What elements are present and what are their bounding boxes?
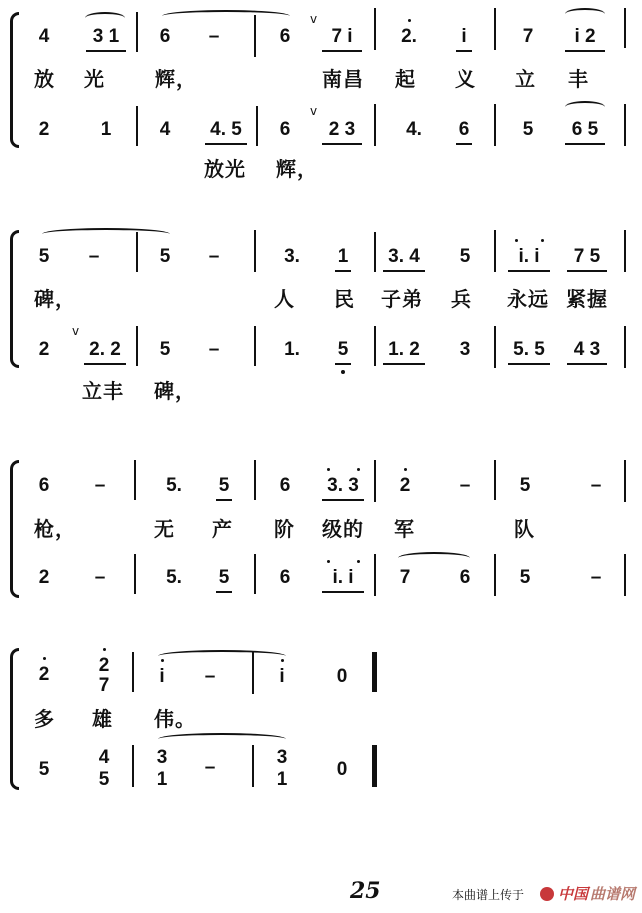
dash: – (84, 247, 104, 267)
slur (158, 733, 286, 745)
dash: – (455, 476, 475, 496)
barline (494, 554, 496, 596)
barline (624, 8, 626, 48)
lyric: 级的 (322, 518, 364, 540)
barline (132, 745, 134, 787)
barline (374, 8, 376, 50)
barline (624, 460, 626, 502)
note-group: i. i (508, 247, 550, 267)
note: 2. (395, 27, 423, 47)
lyric: 子弟 (381, 288, 423, 310)
note: 7 (518, 27, 538, 47)
note: 3 (152, 748, 172, 768)
barline (134, 460, 136, 500)
note: 5 (155, 247, 175, 267)
note: 6 (275, 120, 295, 140)
note: 6 (155, 27, 175, 47)
lyric: 伟。 (154, 708, 196, 730)
note: 6 (275, 27, 295, 47)
dash: – (90, 476, 110, 496)
barline (374, 326, 376, 366)
slur (565, 8, 605, 20)
dash: – (200, 758, 220, 778)
note: 4. (400, 120, 428, 140)
note-group: 3. 3 (322, 476, 364, 496)
barline (494, 8, 496, 50)
note-group: 2 3 (322, 120, 362, 140)
lyric: 义 (455, 68, 476, 90)
note: 2 (34, 120, 54, 140)
note-group: 3. 4 (383, 247, 425, 267)
note: i (272, 667, 292, 687)
dash: – (204, 247, 224, 267)
final-barline (372, 745, 377, 787)
note-group: 4 3 (567, 340, 607, 360)
barline (252, 652, 254, 694)
system-brace (10, 230, 19, 368)
barline (494, 230, 496, 272)
note: 1. (278, 340, 306, 360)
note: 6 (456, 120, 472, 140)
lyric: 无 (154, 518, 175, 540)
final-barline (372, 652, 377, 692)
note: 1 (272, 770, 292, 790)
barline (136, 106, 138, 146)
note-group: 3 1 (86, 27, 126, 47)
lyric: 辉， (155, 68, 197, 90)
note: 6 (455, 568, 475, 588)
dash: – (586, 568, 606, 588)
barline (134, 554, 136, 594)
lyric: 人 (274, 288, 295, 310)
note: i (152, 667, 172, 687)
lyric: 雄 (92, 708, 113, 730)
note: 3. (278, 247, 306, 267)
barline (254, 15, 256, 57)
dash: – (204, 27, 224, 47)
lyric: 多 (34, 708, 55, 730)
note: 0 (332, 760, 352, 780)
note-group: 7 i (322, 27, 362, 47)
note: 1 (335, 247, 351, 267)
barline (624, 326, 626, 368)
lyric: 立丰 (82, 380, 124, 402)
barline (254, 326, 256, 366)
lyric: 碑， (154, 380, 196, 402)
slur (162, 10, 290, 22)
barline (254, 460, 256, 500)
barline (256, 106, 258, 146)
barline (494, 460, 496, 500)
note: 4 (34, 27, 54, 47)
note: 5 (455, 247, 475, 267)
barline (374, 104, 376, 146)
system-brace (10, 460, 19, 598)
note: 6 (34, 476, 54, 496)
lyric: 起 (395, 68, 416, 90)
lyric: 放 (34, 68, 55, 90)
breath-mark: v (310, 104, 317, 118)
note: 2 (34, 568, 54, 588)
note: 2 (34, 665, 54, 685)
lyric: 民 (334, 288, 355, 310)
site-name: 中国 (558, 883, 588, 904)
lyric: 丰 (568, 68, 589, 90)
note: 5. (160, 568, 188, 588)
barline (624, 104, 626, 146)
note: 4 (155, 120, 175, 140)
barline (136, 232, 138, 272)
slur (565, 101, 605, 113)
barline (494, 326, 496, 368)
note: 6 (275, 476, 295, 496)
barline (374, 554, 376, 596)
note: 5 (216, 476, 232, 496)
barline (136, 326, 138, 366)
note: 5 (518, 120, 538, 140)
note: 1 (152, 770, 172, 790)
page-number: 25 (350, 878, 381, 904)
note-group: i. i (322, 568, 364, 588)
note: 2 (395, 476, 415, 496)
barline (254, 554, 256, 594)
note: 0 (332, 667, 352, 687)
slur (158, 650, 286, 662)
note-group: i 2 (565, 27, 605, 47)
barline (494, 104, 496, 146)
barline (374, 460, 376, 502)
lyric: 队 (514, 518, 535, 540)
lyric: 光 (84, 68, 105, 90)
note-group: 6 5 (565, 120, 605, 140)
note-group: 4. 5 (205, 120, 247, 140)
lyric: 产 (212, 518, 233, 540)
slur (42, 228, 170, 240)
note: 7 (395, 568, 415, 588)
lyric: 阶 (274, 518, 295, 540)
note: 7 (94, 676, 114, 696)
barline (136, 12, 138, 52)
system-brace (10, 648, 19, 790)
dash: – (90, 568, 110, 588)
upload-notice: 本曲谱上传于 (452, 886, 524, 903)
lyric: 军 (394, 518, 415, 540)
slur (398, 552, 470, 564)
lyric: 紧握 (566, 288, 608, 310)
note: 2 (34, 340, 54, 360)
note: 5 (515, 476, 535, 496)
note: 2 (94, 656, 114, 676)
lyric: 立 (515, 68, 536, 90)
note: 3 (455, 340, 475, 360)
note: 4 (94, 748, 114, 768)
note: 6 (275, 568, 295, 588)
note: 5 (216, 568, 232, 588)
lyric: 枪， (34, 518, 76, 540)
note: 5 (515, 568, 535, 588)
dash: – (200, 667, 220, 687)
dash: – (586, 476, 606, 496)
barline (624, 230, 626, 272)
lyric: 辉， (276, 158, 318, 180)
system-brace (10, 12, 19, 148)
lyric: 放光 (204, 158, 246, 180)
note: 5. (160, 476, 188, 496)
lyric: 兵 (451, 288, 472, 310)
breath-mark: v (72, 324, 79, 338)
lyric: 永远 (507, 288, 549, 310)
note: 5 (94, 770, 114, 790)
lyric: 碑， (34, 288, 76, 310)
note: 5 (34, 247, 54, 267)
dash: – (204, 340, 224, 360)
note: 1 (96, 120, 116, 140)
barline (254, 230, 256, 272)
note-group: 1. 2 (383, 340, 425, 360)
site-name-suffix: 曲谱网 (590, 883, 635, 904)
note: 5 (34, 760, 54, 780)
note-group: 7 5 (567, 247, 607, 267)
note: 5 (335, 340, 351, 360)
barline (374, 232, 376, 272)
lyric: 南昌 (322, 68, 364, 90)
barline (252, 745, 254, 787)
note: i (456, 27, 472, 47)
note: 5 (155, 340, 175, 360)
site-logo-icon (540, 887, 554, 901)
barline (624, 554, 626, 596)
barline (132, 652, 134, 692)
note-group: 2. 2 (84, 340, 126, 360)
note: 3 (272, 748, 292, 768)
slur (85, 12, 125, 24)
breath-mark: v (310, 12, 317, 26)
note-group: 5. 5 (508, 340, 550, 360)
